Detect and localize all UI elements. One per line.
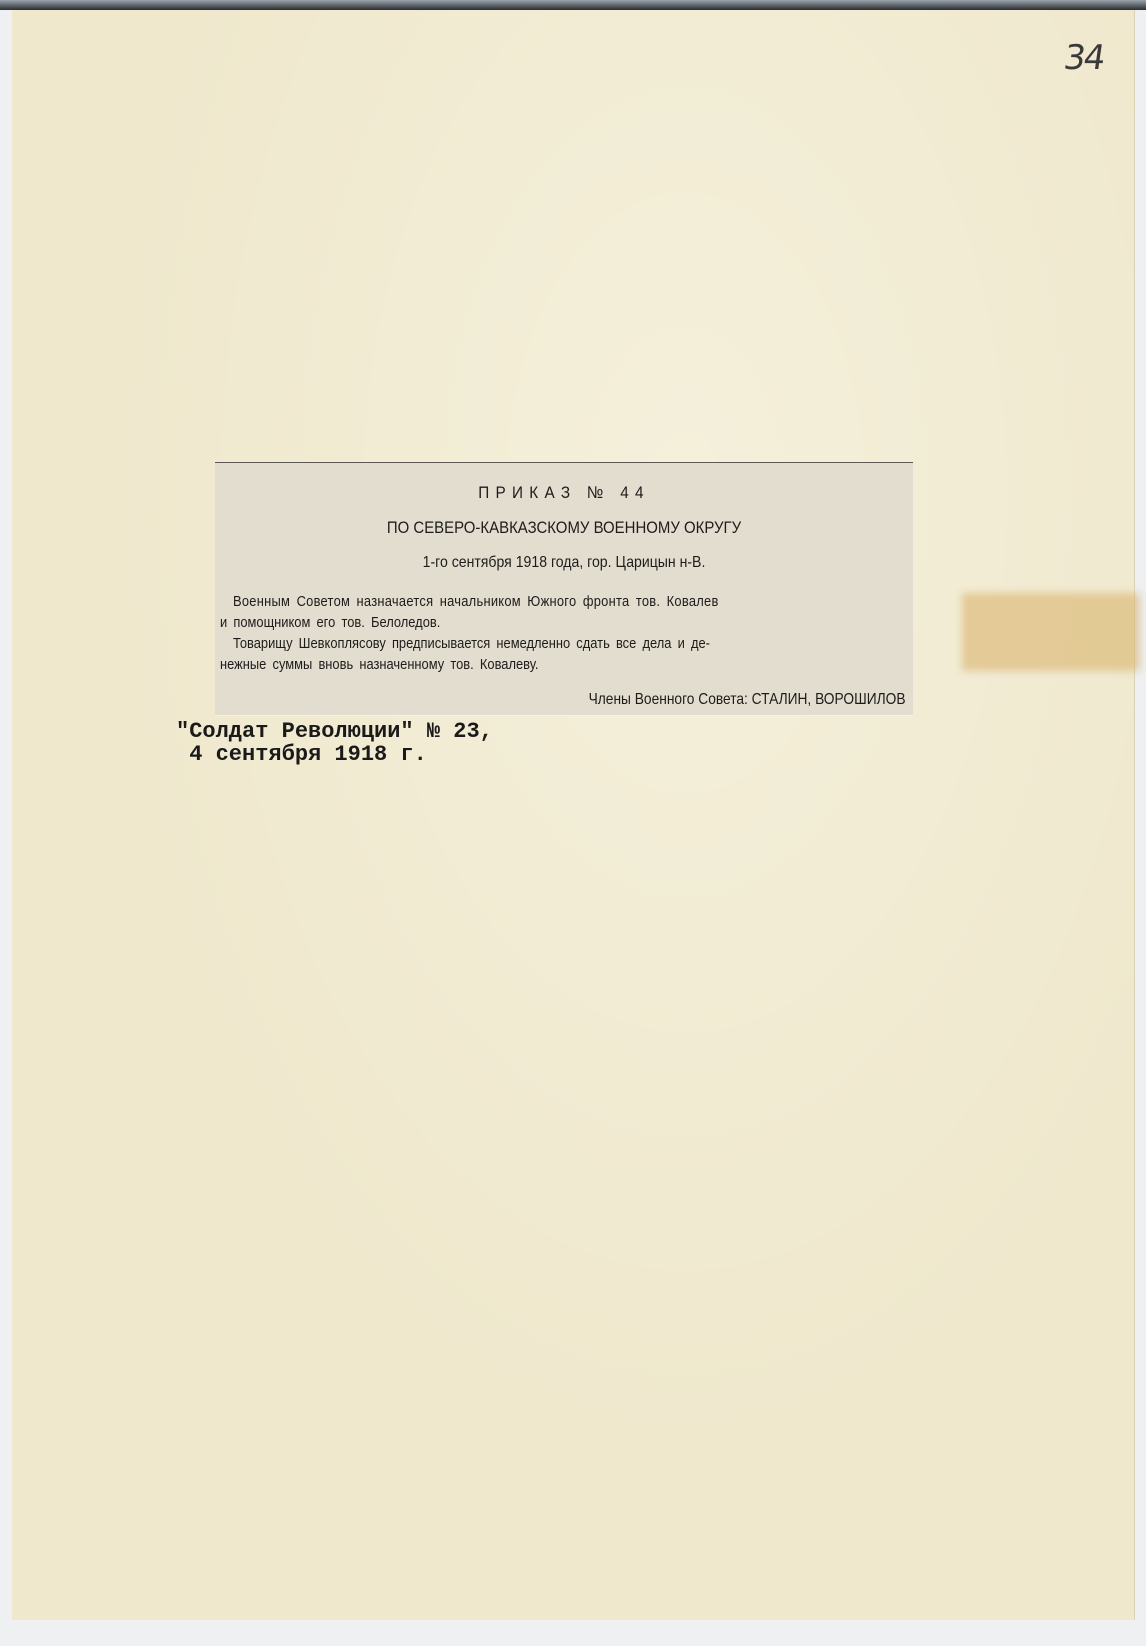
body-line: Военным Советом назначается начальником …: [233, 593, 719, 610]
order-dateline: 1-го сентября 1918 года, гор. Царицын н-…: [257, 554, 871, 572]
order-subtitle: ПО СЕВЕРО-КАВКАЗСКОМУ ВОЕННОМУ ОКРУГУ: [257, 518, 871, 538]
body-line: Товарищу Шевкоплясову предписывается нем…: [233, 635, 710, 652]
body-line: нежные суммы вновь назначенному тов. Ков…: [220, 656, 538, 673]
caption-line-date: 4 сентября 1918 г.: [176, 743, 493, 766]
signature-line: Члены Военного Совета: СТАЛИН, ВОРОШИЛОВ: [588, 691, 905, 709]
glue-stain: [962, 593, 1140, 671]
archive-page: 34: [12, 10, 1134, 1620]
body-line: и помощником его тов. Белоледов.: [220, 614, 440, 631]
caption-line-source: "Солдат Революции" № 23,: [176, 720, 493, 743]
scan-top-edge: [0, 0, 1146, 10]
newspaper-clipping: ПРИКАЗ № 44 ПО СЕВЕРО-КАВКАЗСКОМУ ВОЕННО…: [215, 462, 913, 715]
source-caption: "Солдат Революции" № 23, 4 сентября 1918…: [176, 720, 493, 766]
folio-number: 34: [1061, 38, 1106, 78]
order-title: ПРИКАЗ № 44: [250, 483, 878, 503]
